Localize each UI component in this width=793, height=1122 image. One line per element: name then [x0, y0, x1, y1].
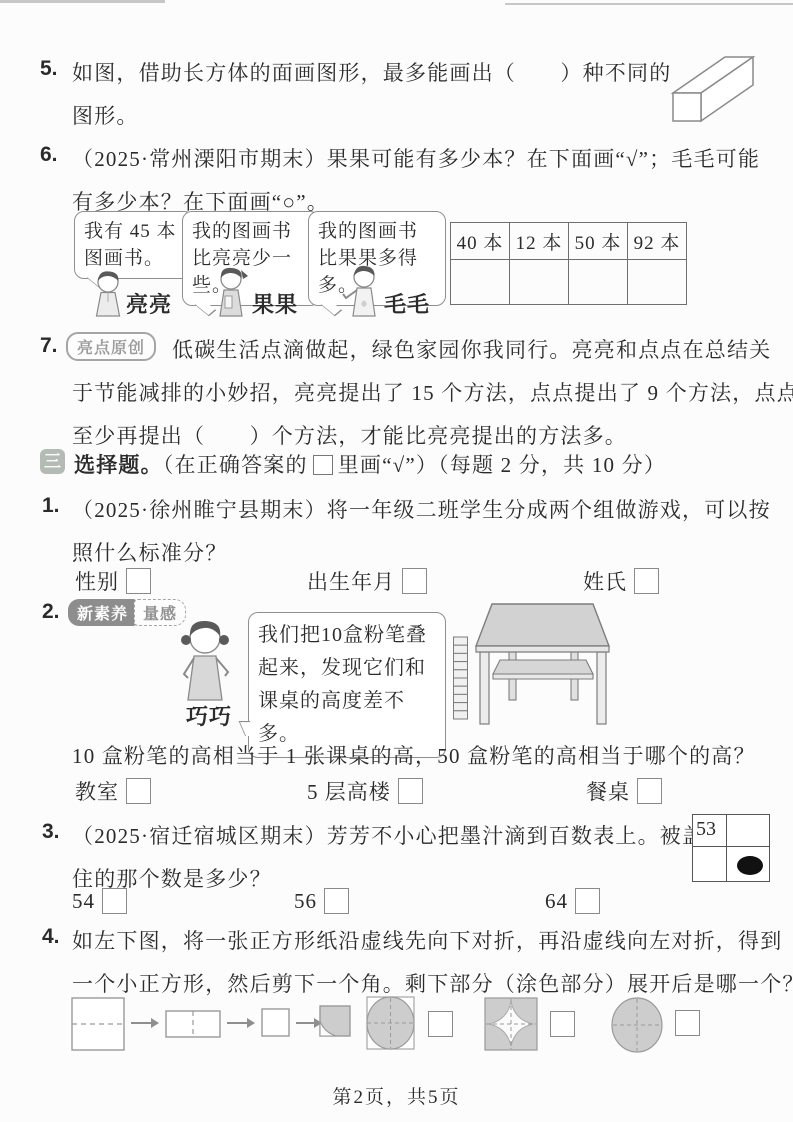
boy-liangliang-illustration [88, 268, 128, 318]
mc3-option-64-checkbox[interactable] [575, 888, 600, 914]
table-cell-12: 12 本 [510, 223, 569, 260]
mc2-option-classroom-checkbox[interactable] [126, 778, 151, 804]
q7-text-line2: 于节能减排的小妙招，亮亮提出了 15 个方法，点点提出了 9 个方法，点点 [72, 377, 793, 407]
inline-answer-box [313, 455, 333, 475]
mc4-option-b-checkbox[interactable] [550, 1011, 575, 1037]
section-note-post: 里画“√”）（每题 2 分，共 10 分） [338, 453, 666, 477]
kid-name-liangliang: 亮亮 [126, 288, 172, 319]
grid-line [693, 846, 769, 847]
mc3-option-56: 56 [294, 888, 349, 914]
option-label: 餐桌 [586, 776, 630, 806]
q7-number: 7. [40, 334, 58, 358]
grid-line [726, 815, 727, 881]
mc4-option-a-figure [365, 995, 417, 1051]
girl-name-qiaoqiao: 巧巧 [186, 700, 232, 731]
option-label: 性别 [75, 566, 119, 596]
answer-cell[interactable] [569, 260, 628, 305]
mc1-option-birthdate-checkbox[interactable] [402, 568, 427, 594]
ink-blot [737, 856, 763, 875]
option-label: 56 [294, 889, 317, 914]
answer-cell[interactable] [451, 260, 510, 305]
mc3-option-56-checkbox[interactable] [324, 888, 349, 914]
q6-number: 6. [40, 143, 58, 167]
kid-name-maomao: 毛毛 [384, 288, 430, 319]
fold-step2-rectangle [164, 1009, 222, 1039]
mc4-text-line2: 一个小正方形，然后剪下一个角。剩下部分（涂色部分）展开后是哪一个？ [72, 968, 793, 998]
fold-step4-cut-square [318, 1004, 352, 1038]
mc2-option-dining-table-checkbox[interactable] [637, 778, 662, 804]
new-literacy-badge: 新素养 [68, 599, 137, 626]
mc2-option-classroom: 教室 [75, 776, 151, 806]
arrow-icon [227, 1017, 255, 1029]
option-label: 64 [545, 889, 568, 914]
mc3-option-64: 64 [545, 888, 600, 914]
option-label: 出生年月 [307, 566, 395, 596]
option-label: 姓氏 [583, 566, 627, 596]
mc4-option-a-checkbox[interactable] [428, 1011, 453, 1037]
mc3-text-line1: （2025·宿迁宿城区期末）芳芳不小心把墨汁滴到百数表上。被盖 [72, 820, 704, 850]
q5-text-line2: 图形。 [72, 100, 139, 130]
original-highlight-badge: 亮点原创 [66, 332, 156, 361]
worksheet-page: 5. 如图，借助长方体的面画图形，最多能画出（ ）种不同的 图形。 6. （20… [0, 0, 793, 1122]
q5-text-line1: 如图，借助长方体的面画图形，最多能画出（ ）种不同的 [72, 57, 671, 87]
option-label: 教室 [75, 776, 119, 806]
mc4-option-b-figure [483, 996, 539, 1052]
scan-edge-artifact [0, 0, 165, 3]
speech-bubble-qiaoqiao: 我们把10盒粉笔叠起来，发现它们和课桌的高度差不多。 [248, 612, 446, 758]
table-cell-50: 50 本 [569, 223, 628, 260]
mc2-question-text: 10 盒粉笔的高相当于 1 张课桌的高，50 盒粉笔的高相当于哪个的高？ [72, 740, 756, 770]
mc3-option-54: 54 [72, 888, 127, 914]
answer-cell[interactable] [628, 260, 687, 305]
hundred-chart-fragment: 53 [692, 814, 770, 882]
boy-maomao-illustration [340, 262, 384, 318]
new-literacy-badges: 新素养量感 [68, 599, 186, 626]
answer-cell[interactable] [510, 260, 569, 305]
fold-step3-small-square [260, 1007, 292, 1039]
table-cell-92: 92 本 [628, 223, 687, 260]
grid-number-53: 53 [696, 818, 716, 841]
mc3-number: 3. [42, 820, 60, 844]
mc4-number: 4. [42, 925, 60, 949]
mc1-option-surname: 姓氏 [583, 566, 659, 596]
mc4-text-line1: 如左下图，将一张正方形纸沿虚线先向下对折，再沿虚线向左对折，得到 [72, 925, 782, 955]
table-cell-40: 40 本 [451, 223, 510, 260]
kid-name-guoguo: 果果 [252, 288, 298, 319]
section-title: 选择题。 [74, 453, 163, 477]
book-count-table: 40 本 12 本 50 本 92 本 [450, 222, 687, 305]
arrow-icon [131, 1017, 159, 1029]
mc2-option-building-checkbox[interactable] [398, 778, 423, 804]
mc1-number: 1. [42, 494, 60, 518]
q5-number: 5. [40, 57, 58, 81]
section-note-pre: （在正确答案的 [163, 453, 308, 477]
section-three-icon: 三 [40, 449, 65, 474]
mc1-option-gender-checkbox[interactable] [126, 568, 151, 594]
mc1-option-gender: 性别 [75, 566, 151, 596]
q6-text-line1: （2025·常州溧阳市期末）果果可能有多少本？在下面画“√”；毛毛可能 [72, 143, 760, 173]
mc2-option-building: 5 层高楼 [307, 776, 423, 806]
fold-step1-square [70, 996, 126, 1052]
girl-qiaoqiao-illustration [172, 616, 238, 702]
mc1-text-line2: 照什么标准分？ [72, 537, 227, 567]
q7-text-line3: 至少再提出（ ）个方法，才能比亮亮提出的方法多。 [72, 420, 627, 450]
mc3-option-54-checkbox[interactable] [102, 888, 127, 914]
mc1-text-line1: （2025·徐州睢宁县期末）将一年级二班学生分成两个组做游戏，可以按 [72, 494, 771, 524]
mc4-option-c-figure [610, 996, 664, 1054]
q7-text-line1: 低碳生活点滴做起，绿色家园你我同行。亮亮和点点在总结关 [172, 334, 771, 364]
section-three-header: 选择题。（在正确答案的里画“√”）（每题 2 分，共 10 分） [74, 449, 666, 479]
scan-edge-artifact [505, 3, 793, 5]
cuboid-figure [664, 44, 766, 130]
chalk-box-stack [452, 636, 470, 722]
mc1-option-surname-checkbox[interactable] [634, 568, 659, 594]
option-label: 54 [72, 889, 95, 914]
mc2-option-dining-table: 餐桌 [586, 776, 662, 806]
mc2-number: 2. [42, 600, 60, 624]
girl-guoguo-illustration [210, 264, 252, 318]
mc1-option-birthdate: 出生年月 [307, 566, 427, 596]
mc4-option-c-checkbox[interactable] [675, 1010, 700, 1036]
page-footer: 第2页，共5页 [0, 1082, 793, 1109]
desk-illustration [470, 598, 616, 728]
option-label: 5 层高楼 [307, 776, 391, 806]
